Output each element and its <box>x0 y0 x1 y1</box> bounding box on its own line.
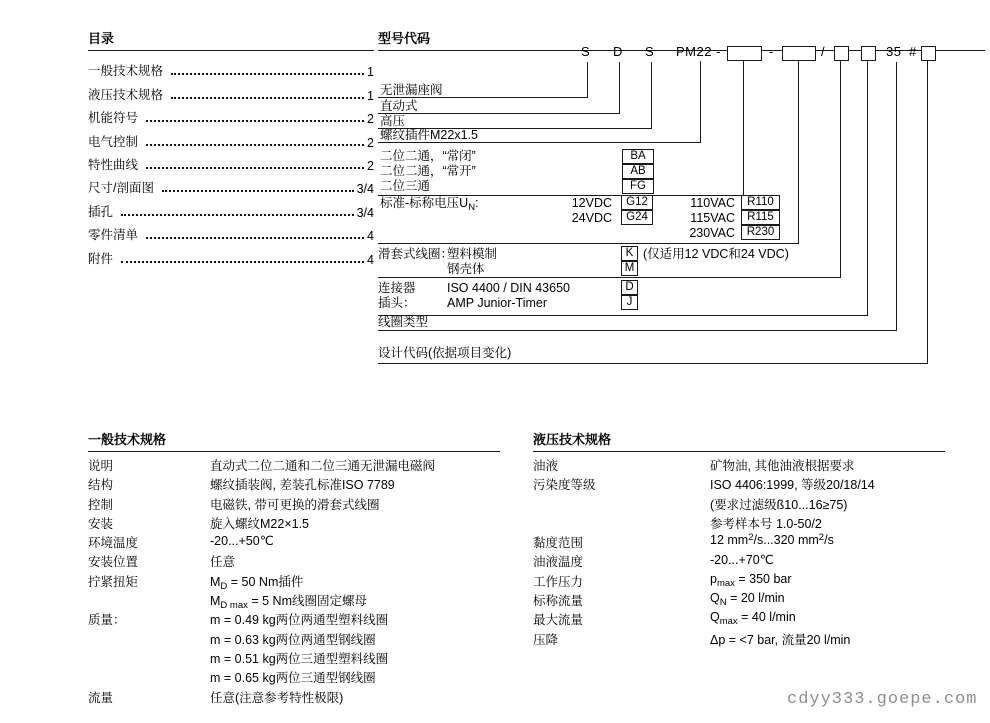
torque-text: = 5 Nm线圈固定螺母 <box>248 594 367 608</box>
spec-row: 流量任意(注意参考特性极限) <box>88 688 500 707</box>
code-label-line <box>378 363 928 364</box>
toc-item-label: 插孔 <box>88 202 113 220</box>
option-ba: BA <box>622 149 654 164</box>
option-ab: AB <box>622 164 654 179</box>
delta-p-symbol: Δp <box>710 633 725 647</box>
datasheet-page: 目录 一般技术规格1 液压技术规格1 机能符号2 电气控制2 特性曲线2 尺寸/… <box>0 0 990 723</box>
spec-label: 控制 <box>88 495 210 514</box>
toc-item: 插孔3/4 <box>88 196 374 219</box>
toc-leader-dots <box>146 167 364 169</box>
hydraulic-specs-table: 油液矿物油, 其他油液根据要求 污染度等级ISO 4406:1999, 等级20… <box>533 456 945 649</box>
code-connector-line <box>700 61 701 142</box>
spec-label: 最大流量 <box>533 610 710 629</box>
spec-label: 质量： <box>88 610 210 629</box>
spec-label: 压降 <box>533 630 710 649</box>
spec-row: (要求过滤级ß10...16≥75) <box>533 495 945 514</box>
label-2way-no: 二位二通，“常开” <box>380 164 476 178</box>
spec-row: 安装位置任意 <box>88 552 500 571</box>
toc-item-page: 4 <box>367 229 374 243</box>
spec-value: pmax = 350 bar <box>710 572 792 591</box>
toc-leader-dots <box>146 120 364 122</box>
spec-label: 油液温度 <box>533 552 710 571</box>
label-24vdc: 24VDC <box>558 211 612 225</box>
spec-value: QN = 20 l/min <box>710 591 785 610</box>
toc-item-label: 附件 <box>88 249 113 267</box>
toc-item-page: 3/4 <box>357 182 374 196</box>
toc-item-page: 1 <box>367 65 374 79</box>
pressure-text: = 350 bar <box>735 572 792 586</box>
toc-list: 一般技术规格1 液压技术规格1 机能符号2 电气控制2 特性曲线2 尺寸/剖面图… <box>88 56 374 267</box>
code-label-line <box>378 277 841 278</box>
toc-item-page: 3/4 <box>357 206 374 220</box>
spec-row: 质量：m = 0.49 kg两位两通型塑料线圈 <box>88 610 500 629</box>
toc-title: 目录 <box>88 28 374 51</box>
label-2way-nc: 二位二通，“常闭” <box>380 149 476 163</box>
toc-item-page: 2 <box>367 159 374 173</box>
voltage-label-text: 标准-标称电压U <box>380 196 468 210</box>
spec-label <box>533 514 710 533</box>
spec-value: 12 mm2/s...320 mm2/s <box>710 533 834 552</box>
viscosity-text: /s <box>824 533 834 547</box>
spec-value: 矿物油, 其他油液根据要求 <box>710 456 854 475</box>
spec-value: (要求过滤级ß10...16≥75) <box>710 495 847 514</box>
spec-value: 螺纹插装阀, 差装孔标准ISO 7789 <box>210 475 395 494</box>
spec-label <box>88 649 210 668</box>
code-label-line <box>378 97 588 98</box>
toc-item-label: 电气控制 <box>88 132 138 150</box>
option-d: D <box>621 280 638 295</box>
flow-symbol: Q <box>710 610 720 624</box>
spec-value: m = 0.63 kg两位两通型钢线圈 <box>210 630 376 649</box>
toc-leader-dots <box>171 73 364 75</box>
spec-value: Qmax = 40 l/min <box>710 610 796 629</box>
spec-label: 结构 <box>88 475 210 494</box>
code-label-line <box>378 113 620 114</box>
voltage-label-colon: : <box>475 196 478 210</box>
code-series: 35 <box>886 44 901 59</box>
spec-row: 安装旋入螺纹M22×1.5 <box>88 514 500 533</box>
toc-item-label: 尺寸/剖面图 <box>88 178 154 196</box>
code-connector-line <box>587 62 588 97</box>
label-sleeve-coil: 滑套式线圈： <box>378 247 453 261</box>
toc-leader-dots <box>146 237 364 239</box>
toc-item-page: 4 <box>367 253 374 267</box>
general-specs-title: 一般技术规格 <box>88 429 500 452</box>
code-label-line <box>378 330 897 331</box>
toc-item: 附件4 <box>88 243 374 266</box>
toc-item: 特性曲线2 <box>88 150 374 173</box>
option-r115: R115 <box>741 210 780 225</box>
torque-text: = 50 Nm插件 <box>227 575 303 589</box>
toc-leader-dots <box>121 214 354 216</box>
spec-row: 参考样本号 1.0-50/2 <box>533 514 945 533</box>
label-coil-plastic: 塑料模制 <box>447 247 497 261</box>
toc-item-label: 液压技术规格 <box>88 85 163 103</box>
label-connector-std: ISO 4400 / DIN 43650 <box>447 281 570 295</box>
general-specs-section: 一般技术规格 说明直动式二位二通和二位三通无泄漏电磁阀 结构螺纹插装阀, 差装孔… <box>88 429 500 707</box>
code-slash: / <box>821 44 825 59</box>
drop-text: = <7 bar, 流量20 l/min <box>725 633 850 647</box>
option-j: J <box>621 295 638 310</box>
toc-leader-dots <box>162 190 354 192</box>
toc-item-page: 1 <box>367 89 374 103</box>
toc-item-label: 机能符号 <box>88 108 138 126</box>
flow-sub: N <box>720 597 727 608</box>
spec-value: Δp = <7 bar, 流量20 l/min <box>710 630 850 649</box>
spec-row: 环境温度-20...+50℃ <box>88 533 500 552</box>
pressure-sub: max <box>717 578 735 589</box>
spec-value: 任意 <box>210 552 235 571</box>
spec-row: 黏度范围12 mm2/s...320 mm2/s <box>533 533 945 552</box>
spec-value: 旋入螺纹M22×1.5 <box>210 514 309 533</box>
watermark-text: cdyy333.goepe.com <box>787 690 977 709</box>
spec-label <box>88 630 210 649</box>
spec-label <box>88 668 210 687</box>
spec-label: 说明 <box>88 456 210 475</box>
option-g24: G24 <box>621 210 653 225</box>
toc-item-page: 2 <box>367 112 374 126</box>
label-nominal-voltage: 标准-标称电压UN: <box>380 196 479 210</box>
code-dash: - <box>769 44 774 59</box>
spec-value: 参考样本号 1.0-50/2 <box>710 514 822 533</box>
spec-label: 工作压力 <box>533 572 710 591</box>
label-plug-std: AMP Junior-Timer <box>447 296 547 310</box>
option-r230: R230 <box>741 225 780 240</box>
spec-row: 油液矿物油, 其他油液根据要求 <box>533 456 945 475</box>
code-connector-line <box>619 62 620 113</box>
spec-label: 油液 <box>533 456 710 475</box>
label-thread-cartridge: 螺纹插件M22x1.5 <box>380 128 478 142</box>
option-r110: R110 <box>741 195 780 210</box>
code-box-function <box>727 46 762 61</box>
code-connector-line <box>651 62 652 128</box>
code-box-design <box>921 46 936 61</box>
toc-leader-dots <box>146 144 364 146</box>
label-high-pressure: 高压 <box>380 114 405 128</box>
code-label-line <box>378 315 868 316</box>
option-k: K <box>621 246 638 261</box>
spec-label <box>533 495 710 514</box>
option-m: M <box>621 261 638 276</box>
toc-leader-dots <box>121 261 364 263</box>
general-specs-table: 说明直动式二位二通和二位三通无泄漏电磁阀 结构螺纹插装阀, 差装孔标准ISO 7… <box>88 456 500 707</box>
toc-item: 电气控制2 <box>88 126 374 149</box>
hydraulic-specs-section: 液压技术规格 油液矿物油, 其他油液根据要求 污染度等级ISO 4406:199… <box>533 429 945 649</box>
pressure-symbol: p <box>710 572 717 586</box>
spec-value: 任意(注意参考特性极限) <box>210 688 343 707</box>
code-letter-d: D <box>613 44 623 59</box>
label-12vdc: 12VDC <box>558 196 612 210</box>
code-connector-line <box>927 61 928 363</box>
code-connector-line <box>798 61 799 243</box>
spec-row: MD max = 5 Nm线圈固定螺母 <box>88 591 500 610</box>
viscosity-text: 12 mm <box>710 533 748 547</box>
toc-leader-dots <box>171 97 364 99</box>
toc-item: 零件清单4 <box>88 220 374 243</box>
spec-row: 拧紧扭矩MD = 50 Nm插件 <box>88 572 500 591</box>
spec-row: m = 0.51 kg两位三通型塑料线圈 <box>88 649 500 668</box>
toc-section: 目录 一般技术规格1 液压技术规格1 机能符号2 电气控制2 特性曲线2 尺寸/… <box>88 28 374 267</box>
toc-item: 一般技术规格1 <box>88 56 374 79</box>
spec-row: 控制电磁铁, 带可更换的滑套式线圈 <box>88 495 500 514</box>
code-connector-line <box>867 61 868 315</box>
spec-label: 安装位置 <box>88 552 210 571</box>
spec-value: MD max = 5 Nm线圈固定螺母 <box>210 591 367 610</box>
spec-value: m = 0.65 kg两位三通型钢线圈 <box>210 668 376 687</box>
torque-symbol: M <box>210 594 220 608</box>
spec-value: m = 0.51 kg两位三通型塑料线圈 <box>210 649 388 668</box>
spec-row: 说明直动式二位二通和二位三通无泄漏电磁阀 <box>88 456 500 475</box>
spec-label: 拧紧扭矩 <box>88 572 210 591</box>
spec-row: 污染度等级ISO 4406:1999, 等级20/18/14 <box>533 475 945 494</box>
torque-symbol: M <box>210 575 220 589</box>
toc-item-label: 一般技术规格 <box>88 61 163 79</box>
viscosity-text: /s...320 mm <box>754 533 819 547</box>
spec-row: m = 0.65 kg两位三通型钢线圈 <box>88 668 500 687</box>
flow-text: = 40 l/min <box>738 610 796 624</box>
spec-label <box>88 591 210 610</box>
toc-item-label: 特性曲线 <box>88 155 138 173</box>
spec-label: 标称流量 <box>533 591 710 610</box>
code-base: PM22 - <box>676 44 721 59</box>
code-connector-line <box>840 61 841 277</box>
spec-value: 电磁铁, 带可更换的滑套式线圈 <box>210 495 379 514</box>
code-hash: # <box>909 44 917 59</box>
flow-symbol: Q <box>710 591 720 605</box>
label-coil-type: 线圈类型 <box>378 315 428 329</box>
toc-item-label: 零件清单 <box>88 225 138 243</box>
spec-row: 标称流量QN = 20 l/min <box>533 591 945 610</box>
flow-text: = 20 l/min <box>727 591 785 605</box>
label-115vac: 115VAC <box>683 211 735 225</box>
spec-row: 最大流量Qmax = 40 l/min <box>533 610 945 629</box>
code-box-coil <box>834 46 849 61</box>
code-label-line <box>378 243 799 244</box>
label-230vac: 230VAC <box>683 226 735 240</box>
label-direct-acting: 直动式 <box>380 99 418 113</box>
code-letter-s2: S <box>645 44 654 59</box>
hydraulic-specs-title: 液压技术规格 <box>533 429 945 452</box>
label-coil-steel: 钢壳体 <box>447 262 485 276</box>
code-connector-line <box>743 61 744 195</box>
spec-value: MD = 50 Nm插件 <box>210 572 303 591</box>
toc-item: 液压技术规格1 <box>88 79 374 102</box>
code-box-connector <box>861 46 876 61</box>
label-connector: 连接器 <box>378 281 416 295</box>
toc-item-page: 2 <box>367 136 374 150</box>
spec-label: 环境温度 <box>88 533 210 552</box>
label-110vac: 110VAC <box>683 196 735 210</box>
spec-row: 结构螺纹插装阀, 差装孔标准ISO 7789 <box>88 475 500 494</box>
label-3way: 二位三通 <box>380 179 430 193</box>
code-box-voltage <box>782 46 816 61</box>
spec-row: 工作压力pmax = 350 bar <box>533 572 945 591</box>
spec-row: 压降Δp = <7 bar, 流量20 l/min <box>533 630 945 649</box>
spec-label: 安装 <box>88 514 210 533</box>
toc-item: 尺寸/剖面图3/4 <box>88 173 374 196</box>
label-plug: 插头： <box>378 296 416 310</box>
spec-value: -20...+70℃ <box>710 552 774 571</box>
code-connector-line <box>896 62 897 330</box>
spec-label: 流量 <box>88 688 210 707</box>
spec-row: 油液温度-20...+70℃ <box>533 552 945 571</box>
flow-sub: max <box>720 616 738 627</box>
code-letter-s1: S <box>581 44 590 59</box>
spec-value: ISO 4406:1999, 等级20/18/14 <box>710 475 875 494</box>
label-leakfree-seat-valve: 无泄漏座阀 <box>380 83 443 97</box>
spec-value: 直动式二位二通和二位三通无泄漏电磁阀 <box>210 456 435 475</box>
spec-label: 污染度等级 <box>533 475 710 494</box>
label-coil-note: (仅适用12 VDC和24 VDC) <box>643 247 789 261</box>
spec-row: m = 0.63 kg两位两通型钢线圈 <box>88 630 500 649</box>
label-design-code: 设计代码(依据项目变化) <box>378 346 511 360</box>
spec-label: 黏度范围 <box>533 533 710 552</box>
toc-item: 机能符号2 <box>88 103 374 126</box>
spec-value: m = 0.49 kg两位两通型塑料线圈 <box>210 610 388 629</box>
code-label-line <box>378 142 701 143</box>
option-fg: FG <box>622 179 654 194</box>
spec-value: -20...+50℃ <box>210 533 274 552</box>
option-g12: G12 <box>621 195 653 210</box>
